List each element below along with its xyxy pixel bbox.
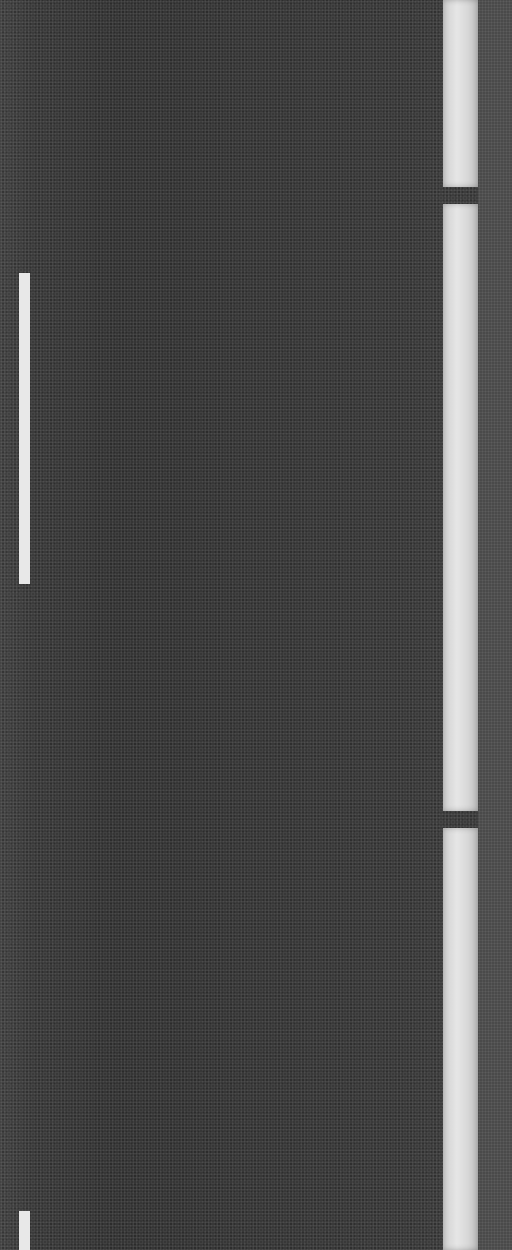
lane-dash <box>19 1211 30 1250</box>
road-shoulder <box>478 0 512 1250</box>
lane-dash <box>19 273 30 584</box>
edge-line-segment <box>443 0 478 187</box>
road-aerial-image <box>0 0 512 1250</box>
edge-line-segment <box>443 828 478 1250</box>
edge-line-segment <box>443 204 478 811</box>
